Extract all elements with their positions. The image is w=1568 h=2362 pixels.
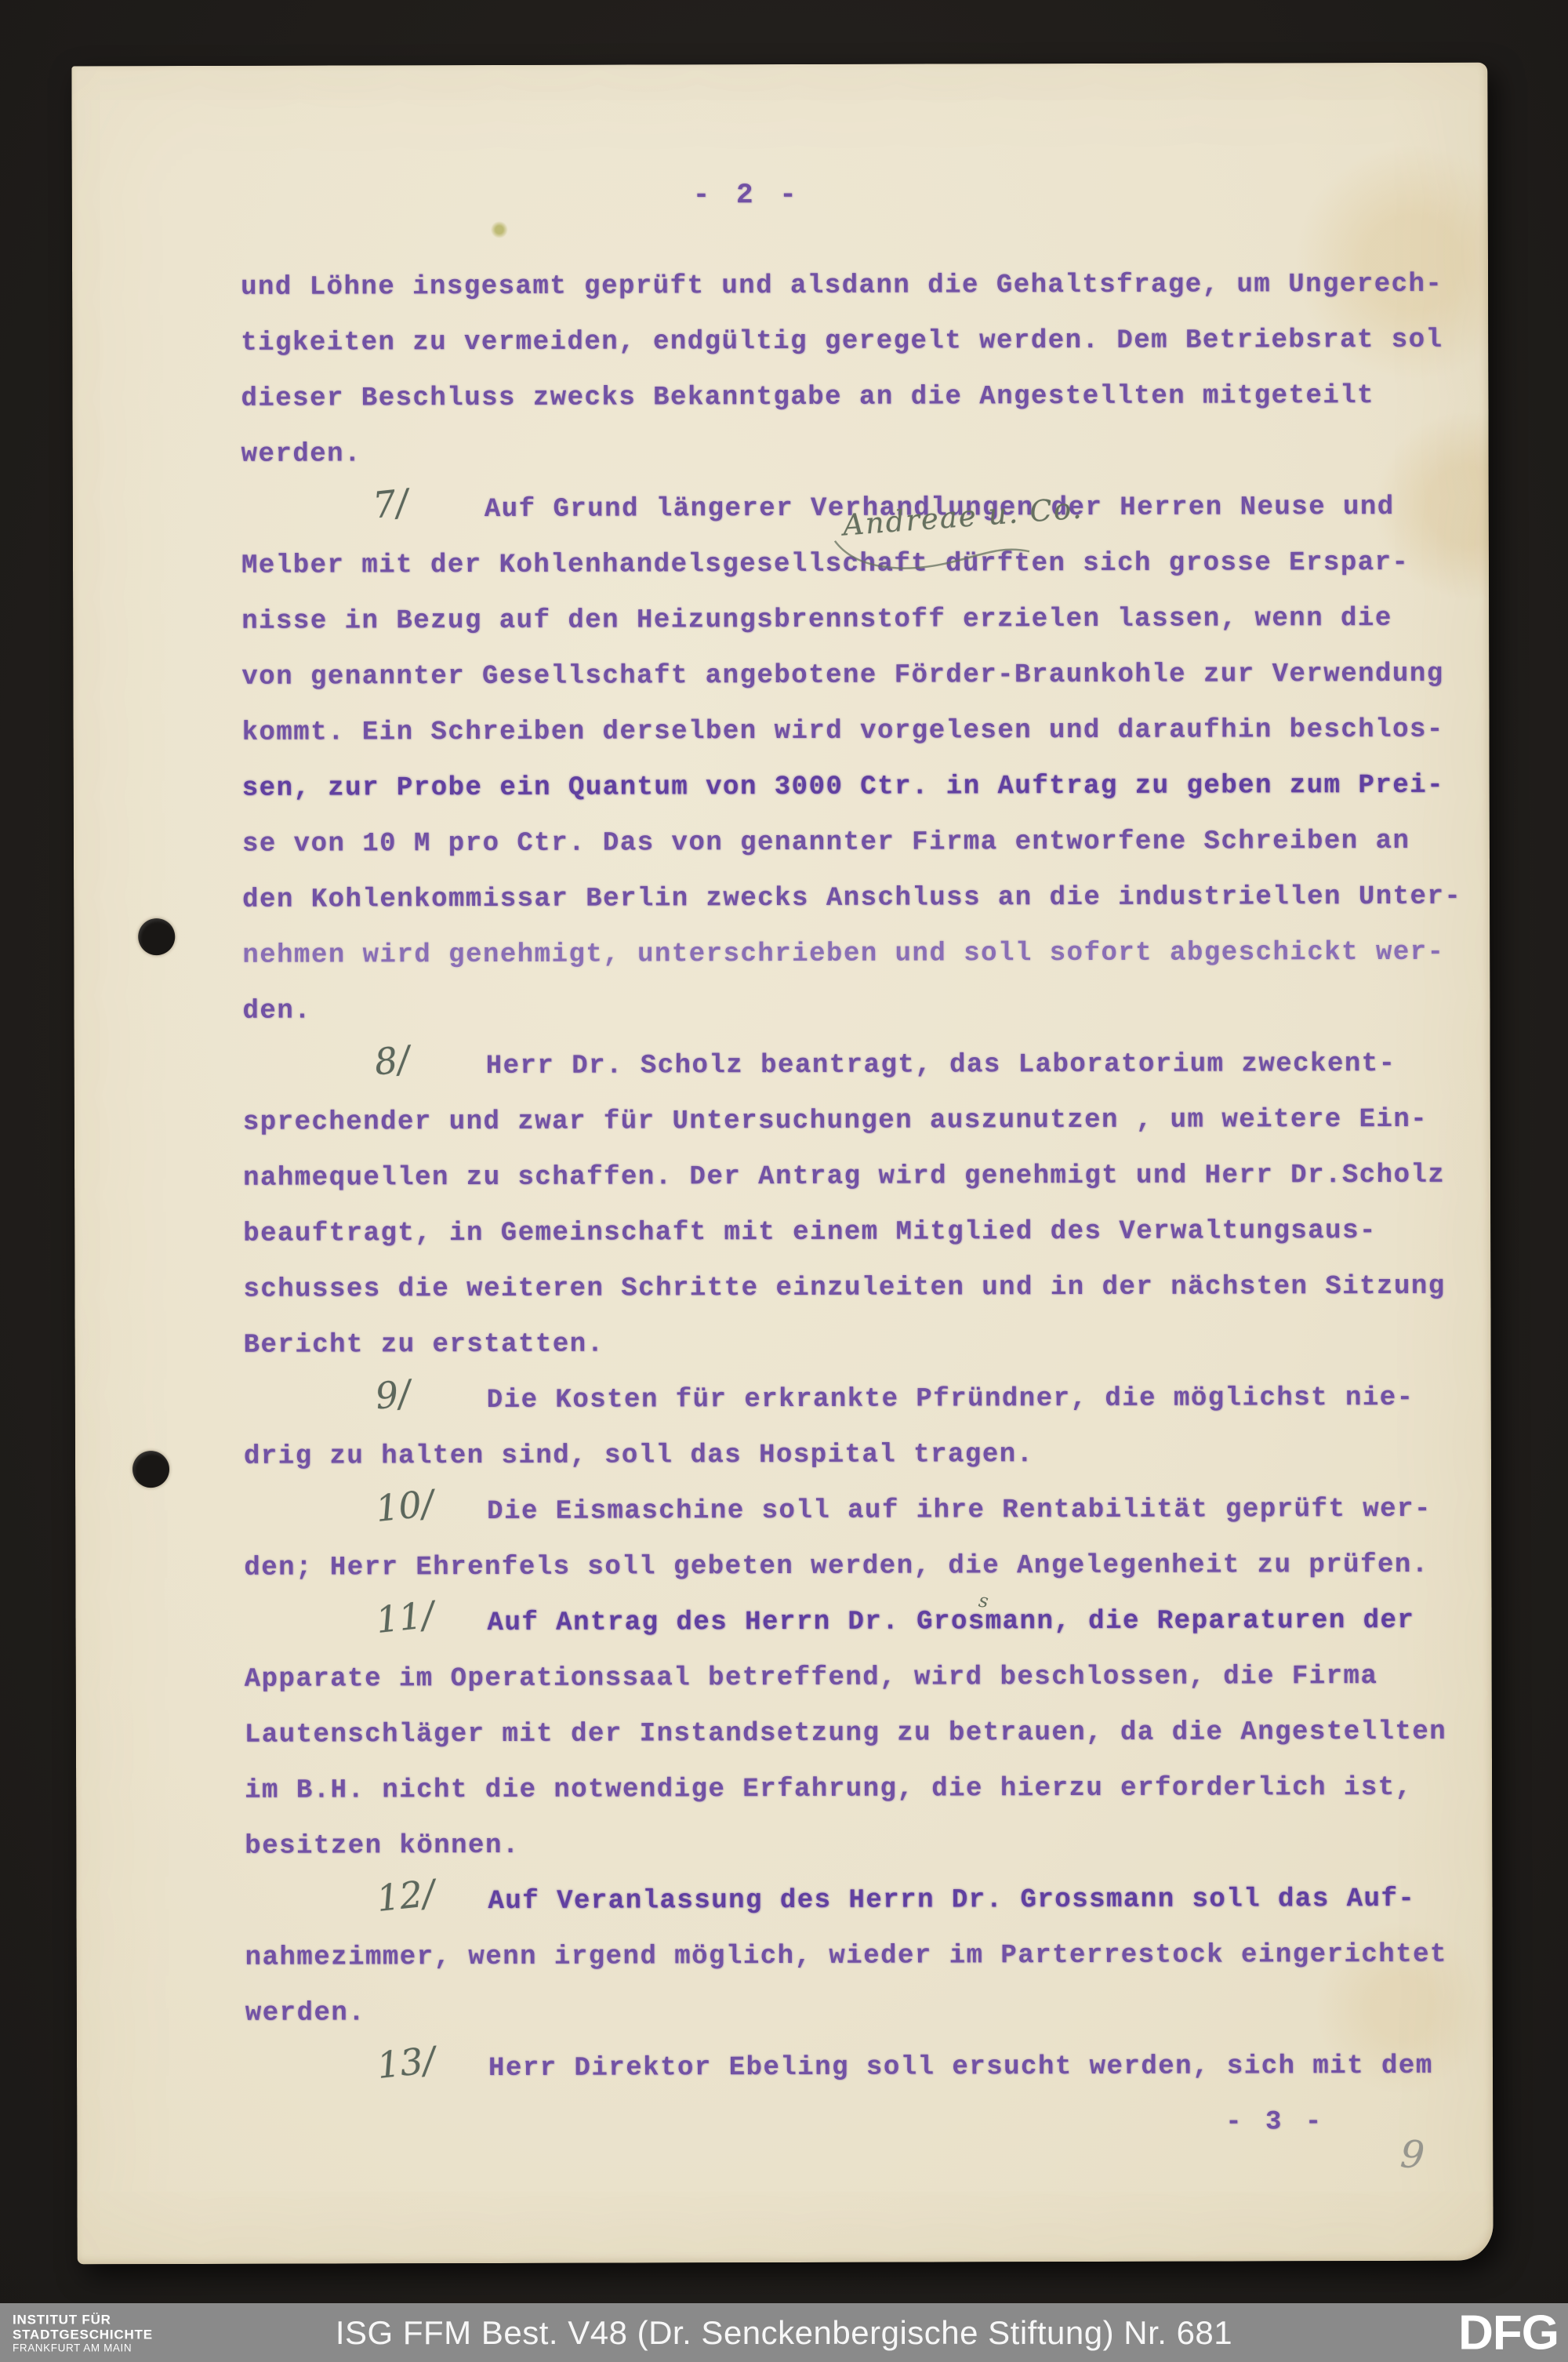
typed-line: im B.H. nicht die notwendige Erfahrung, … [245,1771,1461,1830]
typed-line: schusses die weiteren Schritte einzuleit… [243,1270,1460,1329]
typed-line-text: Herr Dr. Scholz beantragt, das Laborator… [486,1049,1396,1081]
typed-line-text: Auf Antrag des Herrn Dr. Grosmann, die R… [487,1606,1414,1638]
pencil-page-number: 9 [1399,2132,1425,2178]
typed-line: nahmezimmer, wenn irgend möglich, wieder… [245,1939,1462,1997]
punch-hole-top [138,918,175,955]
typed-line: beauftragt, in Gemeinschaft mit einem Mi… [243,1215,1460,1274]
typed-line: 13/Herr Direktor Ebeling soll ersucht we… [245,2050,1462,2109]
typed-line: tigkeiten zu vermeiden, endgültig gerege… [241,324,1457,383]
typed-line: nehmen wird genehmigt, unterschrieben un… [242,936,1459,995]
typed-line: se von 10 M pro Ctr. Das von genannter F… [242,825,1459,884]
catchword-next-page: - 3 - [245,2106,1462,2164]
typed-line: werden. [241,435,1458,494]
dfg-logo: DFG [1458,2305,1559,2360]
typed-line: 11/Auf Antrag des Herrn Dr. Grosmann, di… [244,1604,1461,1663]
typed-line: Lautenschläger mit der Instandsetzung zu… [245,1716,1461,1775]
archive-scan-viewer: - 2 - und Löhne insgesamt geprüft und al… [0,0,1568,2362]
typed-line: 10/Die Eismaschine soll auf ihre Rentabi… [244,1493,1461,1552]
typed-line-text: Die Kosten für erkrankte Pfründner, die … [487,1383,1414,1415]
typed-line-text: Auf Veranlassung des Herrn Dr. Grossmann… [488,1884,1415,1917]
typed-line: den Kohlenkommissar Berlin zwecks Anschl… [242,881,1459,939]
typed-line: Bericht zu erstatten. [244,1326,1461,1385]
typed-line-text: Die Eismaschine soll auf ihre Rentabilit… [487,1495,1432,1527]
pencil-item-number: 8/ [373,1042,412,1079]
typed-line: 8/Herr Dr. Scholz beantragt, das Laborat… [243,1048,1460,1107]
punch-hole-bottom [132,1451,169,1488]
typed-line: kommt. Ein Schreiben derselben wird vorg… [242,714,1459,772]
archive-reference: ISG FFM Best. V48 (Dr. Senckenbergische … [0,2314,1568,2352]
typed-line: von genannter Gesellschaft angebotene Fö… [241,658,1458,717]
annotation-underline-flourish [832,528,1036,576]
typed-line: dieser Beschluss zwecks Bekanntgabe an d… [241,380,1457,438]
typed-line: sen, zur Probe ein Quantum von 3000 Ctr.… [242,769,1459,828]
pencil-item-number: 12/ [375,1876,436,1915]
typed-line: 12/Auf Veranlassung des Herrn Dr. Grossm… [245,1883,1461,1942]
typed-line: 9/Die Kosten für erkrankte Pfründner, di… [244,1382,1461,1441]
pencil-item-number: 9/ [374,1376,412,1413]
typed-line: sprechender und zwar für Untersuchungen … [243,1103,1460,1162]
typed-line: und Löhne insgesamt geprüft und alsdann … [241,268,1457,327]
typed-line: nisse in Bezug auf den Heizungsbrennstof… [241,602,1458,661]
pencil-item-number: 13/ [376,2043,437,2082]
pencil-item-number: 10/ [374,1486,435,1525]
pencil-item-number: 7/ [372,485,410,522]
typed-line: Apparate im Operationssaal betreffend, w… [245,1660,1461,1719]
document-page: - 2 - und Löhne insgesamt geprüft und al… [71,63,1493,2265]
typed-line: den. [242,992,1459,1051]
page-number-header: - 2 - [693,179,801,211]
typed-line: nahmequellen zu schaffen. Der Antrag wir… [243,1159,1460,1218]
archive-footer-bar: INSTITUT FÜR STADTGESCHICHTE FRANKFURT A… [0,2303,1568,2362]
typed-line-text: Herr Direktor Ebeling soll ersucht werde… [488,2051,1433,2084]
pencil-item-number: 11/ [374,1597,435,1637]
